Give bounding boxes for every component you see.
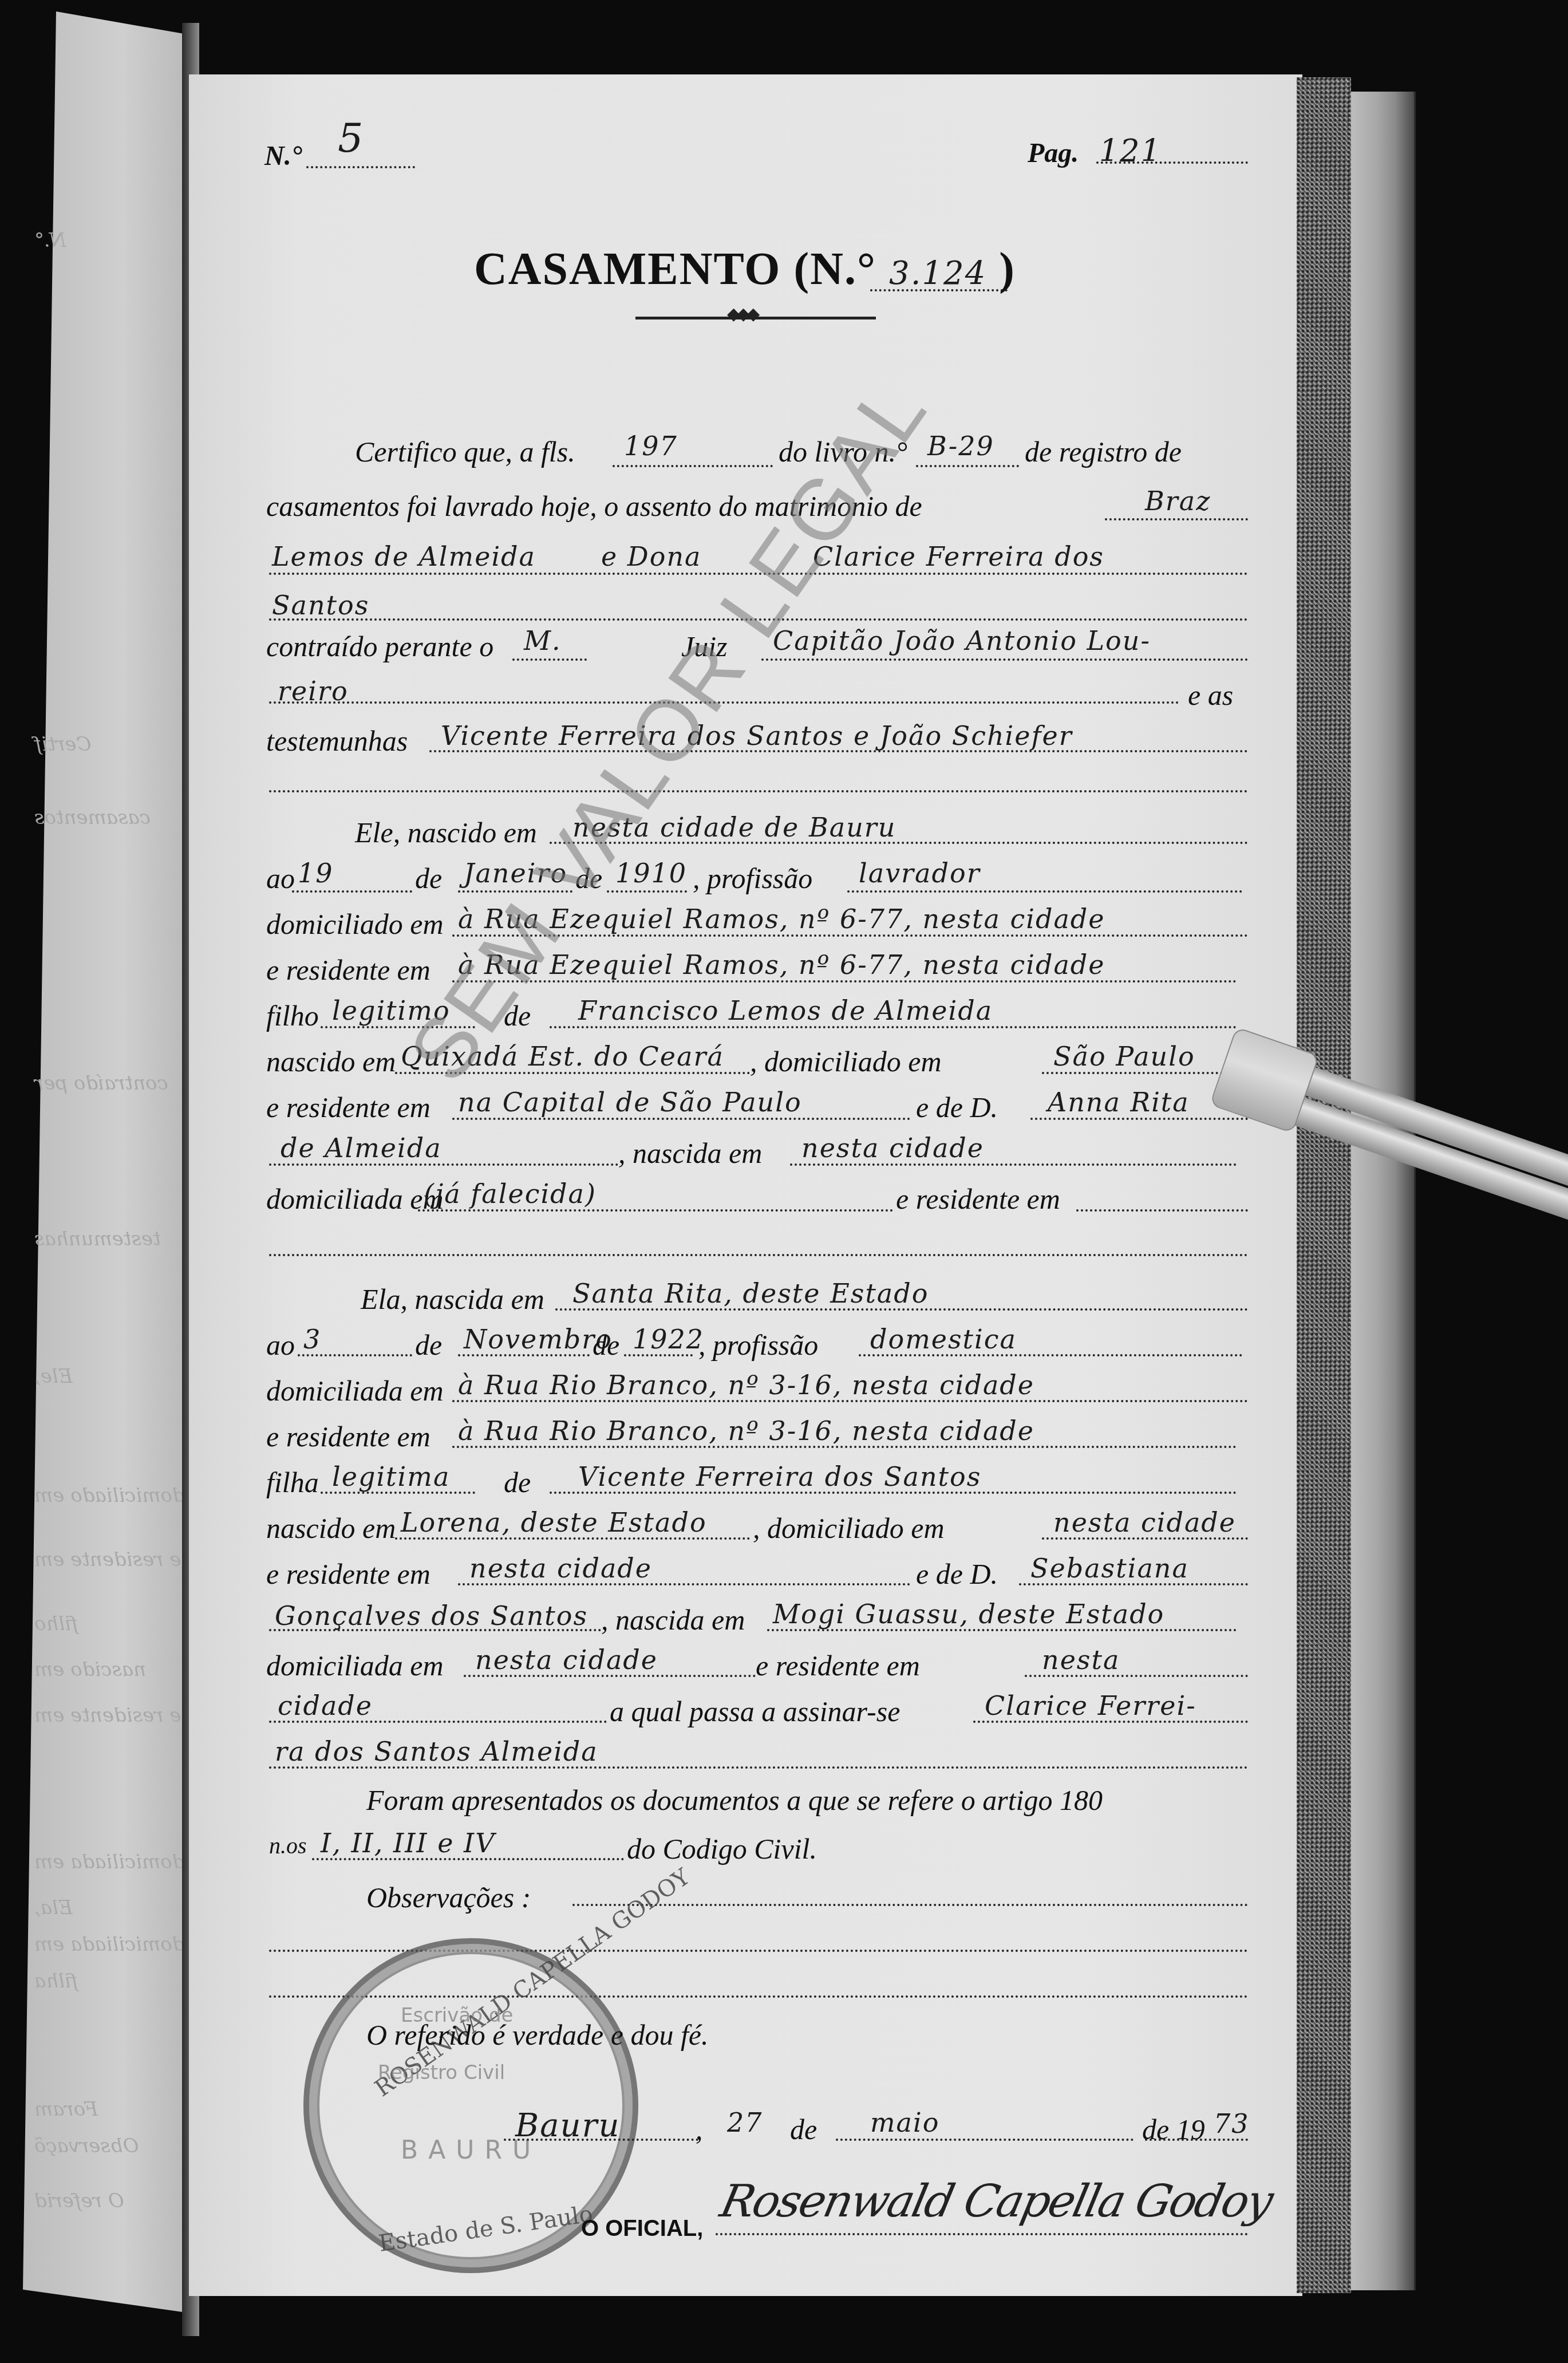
- bride-profession: domestica: [870, 1324, 1017, 1355]
- previous-page-ghost-text: Ele,: [34, 1365, 73, 1388]
- label-domicile: domiciliado em: [266, 908, 444, 941]
- previous-page-ghost-text: domiciliado em: [34, 1484, 185, 1507]
- book-binding-band: [1297, 77, 1351, 2293]
- previous-page-ghost-text: testemunhas: [34, 1228, 161, 1250]
- groom-mother-2: de Almeida: [281, 1133, 442, 1163]
- bride-intro: Ela, nascida em: [361, 1283, 544, 1316]
- groom-name-2: Lemos de Almeida: [272, 541, 536, 572]
- bride-mother-residence-2: cidade: [278, 1690, 373, 1721]
- groom-mother-domicile: (já falecida): [424, 1178, 597, 1209]
- cert-text-6: e as: [1188, 678, 1233, 712]
- label-signs-as: a qual passa a assinar-se: [610, 1695, 900, 1728]
- label-profession: , profissão: [693, 862, 812, 895]
- judge-title: M.: [524, 625, 562, 656]
- previous-page-ghost-text: filho: [34, 1612, 78, 1635]
- label-daughter: filha: [266, 1466, 319, 1499]
- bride-father: Vicente Ferreira dos Santos: [578, 1461, 981, 1492]
- bride-birth-year: 1922: [633, 1324, 704, 1355]
- label-de: de: [504, 1466, 531, 1499]
- label-and-of: e de D.: [916, 1091, 998, 1124]
- documents-nos-value: I, II, III e IV: [321, 1828, 495, 1859]
- label-ao: ao: [266, 1328, 295, 1362]
- label-domicile: , domiciliado em: [753, 1512, 945, 1545]
- label-de: de: [415, 862, 442, 895]
- label-residence: e residente em: [266, 953, 430, 987]
- cert-text-3: de registro de: [1025, 435, 1182, 468]
- bride-father-domicile: nesta cidade: [1053, 1507, 1236, 1538]
- label-born-f: , nascida em: [618, 1137, 762, 1170]
- codigo-civil-text: do Codigo Civil.: [627, 1832, 817, 1865]
- bride-father-birthplace: Lorena, deste Estado: [401, 1507, 707, 1538]
- previous-page-ghost-text: N.°: [34, 229, 66, 252]
- previous-page-ghost-text: casamentos: [34, 806, 151, 829]
- bride-birth-day: 3: [303, 1324, 321, 1355]
- label-de: de: [415, 1328, 442, 1362]
- bride-domicile: à Rua Rio Branco, nº 3-16, nesta cidade: [458, 1370, 1034, 1401]
- label-domicile-f: domiciliada em: [266, 1649, 444, 1682]
- label-born-f: , nascida em: [601, 1603, 745, 1636]
- closing-year-label: de 19: [1142, 2113, 1205, 2146]
- label-residence: e residente em: [266, 1091, 430, 1124]
- previous-page-ghost-text: Foram: [34, 2098, 98, 2121]
- closing-year-suffix: 73: [1214, 2108, 1250, 2139]
- bride-filiation: legitima: [332, 1461, 450, 1492]
- bride-residence: à Rua Rio Branco, nº 3-16, nesta cidade: [458, 1415, 1034, 1446]
- witnesses-value: Vicente Ferreira dos Santos e João Schie…: [441, 720, 1073, 751]
- label-born: nascido em: [266, 1512, 396, 1545]
- groom-profession: lavrador: [859, 858, 981, 889]
- closing-month: maio: [870, 2107, 939, 2138]
- label-residence: e residente em: [896, 1182, 1060, 1216]
- previous-page-ghost-text: Observaçõ: [34, 2135, 139, 2157]
- groom-intro: Ele, nascido em: [355, 816, 537, 849]
- closing-statement: O referido é verdade e dou fé.: [366, 2018, 709, 2052]
- bride-mother-residence-1: nesta: [1042, 1644, 1120, 1675]
- previous-page-ghost-text: domiciliada em: [34, 1851, 185, 1873]
- bride-mother-2: Gonçalves dos Santos: [275, 1600, 588, 1631]
- cert-text-1: Certifico que, a fls.: [355, 435, 575, 468]
- label-son: filho: [266, 999, 319, 1032]
- judge-name-1: Capitão João Antonio Lou-: [773, 625, 1151, 656]
- conjunction: e Dona: [601, 541, 701, 572]
- bride-new-name-1: Clarice Ferrei-: [985, 1690, 1196, 1721]
- bride-mother-1: Sebastiana: [1030, 1553, 1189, 1584]
- title-ornament: [635, 312, 876, 324]
- label-de: de: [790, 2113, 817, 2146]
- label-domicile: , domiciliado em: [750, 1045, 942, 1078]
- label-domicile-f: domiciliada em: [266, 1374, 444, 1407]
- previous-page-ghost-text: domiciliada em: [34, 1933, 185, 1956]
- folio-value: 197: [624, 431, 678, 461]
- previous-page-ghost-text: e residente em: [34, 1704, 181, 1727]
- cert-text-5: contraído perante o: [266, 630, 493, 663]
- previous-page-ghost-text: e residente em: [34, 1548, 181, 1571]
- label-residence: e residente em: [756, 1649, 920, 1682]
- label-de: de: [593, 1328, 619, 1362]
- bride-name-2: Santos: [272, 590, 369, 621]
- label-residence: e residente em: [266, 1420, 430, 1453]
- bride-new-name-2: ra dos Santos Almeida: [275, 1736, 598, 1767]
- label-profession: , profissão: [698, 1328, 818, 1362]
- observations-label: Observações :: [366, 1881, 531, 1914]
- document-title: CASAMENTO (N.° 3.124 ): [474, 243, 1016, 295]
- bride-birthplace: Santa Rita, deste Estado: [572, 1278, 929, 1309]
- label-ao: ao: [266, 862, 295, 895]
- groom-father-residence: na Capital de São Paulo: [458, 1087, 802, 1118]
- previous-page-ghost-text: filha: [34, 1970, 78, 1993]
- previous-page-ghost-text: nascido em: [34, 1658, 146, 1681]
- groom-birth-day: 19: [298, 858, 334, 889]
- label-residence: e residente em: [266, 1557, 430, 1591]
- label-and-of: e de D.: [916, 1557, 998, 1591]
- previous-page-ghost-text: O referid: [34, 2190, 124, 2212]
- label-domicile-f: domiciliada em: [266, 1182, 444, 1216]
- documents-text: Foram apresentados os documentos a que s…: [366, 1784, 1103, 1817]
- page-label: Pag.: [1028, 137, 1079, 169]
- closing-day: 27: [727, 2107, 763, 2138]
- bride-birth-month: Novembro: [464, 1324, 613, 1355]
- documents-nos-label: n.os: [269, 1832, 307, 1859]
- previous-page-ghost-text: Ela,: [34, 1896, 73, 1919]
- groom-mother-1: Anna Rita: [1048, 1087, 1190, 1118]
- groom-father-domicile: São Paulo: [1053, 1041, 1195, 1072]
- oficial-label: O OFICIAL,: [581, 2216, 703, 2242]
- previous-page-ghost-text: Certif: [34, 733, 92, 756]
- bride-mother-domicile: nesta cidade: [475, 1644, 658, 1675]
- official-signature: Rosenwald Capella Godoy: [716, 2176, 1276, 2227]
- groom-father: Francisco Lemos de Almeida: [578, 995, 993, 1026]
- label-born: nascido em: [266, 1045, 396, 1078]
- cert-text-7: testemunhas: [266, 724, 408, 758]
- number-value: 5: [338, 115, 365, 161]
- bride-father-residence: nesta cidade: [469, 1553, 652, 1584]
- book-value: B-29: [927, 431, 994, 461]
- book-spine: [1351, 92, 1416, 2290]
- groom-mother-birthplace: nesta cidade: [801, 1133, 984, 1163]
- previous-page-ghost-text: contraído per: [34, 1072, 168, 1095]
- marriage-number: 3.124: [889, 255, 986, 292]
- number-label: N.°: [264, 140, 302, 172]
- comma: ,: [696, 2113, 703, 2146]
- groom-name-1: Braz: [1145, 486, 1211, 516]
- stamp-inner-2: Registro Civil: [378, 2061, 505, 2084]
- bride-mother-birthplace: Mogi Guassu, deste Estado: [773, 1599, 1164, 1630]
